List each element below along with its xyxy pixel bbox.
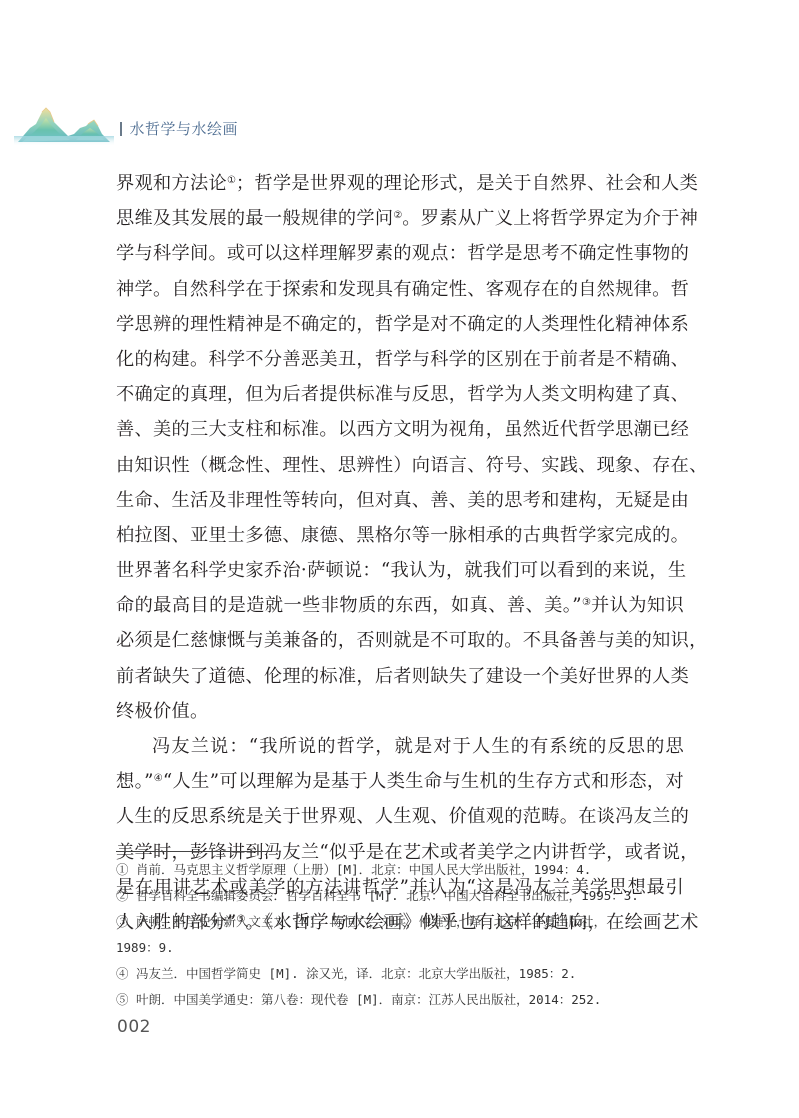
- footnote-ref[interactable]: ①: [227, 175, 236, 186]
- text-line: 命的最高目的是造就一些非物质的东西，如真、善、美。”③并认为知识: [116, 588, 684, 623]
- text-line: 学与科学间。或可以这样理解罗素的观点：哲学是思考不确定性事物的: [116, 236, 684, 271]
- footnote-item: ④ 冯友兰．中国哲学简史 [M]. 涂又光，译．北京：北京大学出版社，1985：…: [116, 961, 696, 987]
- text-line: 界观和方法论①；哲学是世界观的理论形式，是关于自然界、社会和人类: [116, 166, 684, 201]
- footnote-item: ③ 萨顿．科学史和新人文主义 [M]. 陈恒六，刘兵，仲维光，译．北京：华夏出版…: [116, 909, 696, 935]
- footnote-item-continuation: 1989：9.: [116, 935, 696, 961]
- text-line: 世界著名科学史家乔治·萨顿说：“我认为，就我们可以看到的来说，生: [116, 553, 684, 588]
- text-line: 神学。自然科学在于探索和发现具有确定性、客观存在的自然规律。哲: [116, 272, 684, 307]
- text-line: 柏拉图、亚里士多德、康德、黑格尔等一脉相承的古典哲学家完成的。: [116, 518, 684, 553]
- footnote-ref[interactable]: ③: [582, 597, 591, 608]
- text-line: 不确定的真理，但为后者提供标准与反思，哲学为人类文明构建了真、: [116, 377, 684, 412]
- text-line: 想。”④“人生”可以理解为是基于人类生命与生机的生存方式和形态，对: [116, 764, 684, 799]
- text-line: 前者缺失了道德、伦理的标准，后者则缺失了建设一个美好世界的人类: [116, 659, 684, 694]
- footnotes-section: ① 肖前．马克思主义哲学原理（上册）[M]．北京：中国人民大学出版社，1994：…: [116, 857, 696, 1013]
- text-line: 人生的反思系统是关于世界观、人生观、价值观的范畴。在谈冯友兰的: [116, 799, 684, 834]
- footnote-ref[interactable]: ④: [154, 773, 163, 784]
- header-divider: [120, 122, 122, 136]
- text-line: 化的构建。科学不分善恶美丑，哲学与科学的区别在于前者是不精确、: [116, 342, 684, 377]
- text-line: 必须是仁慈慷慨与美兼备的，否则就是不可取的。不具备善与美的知识，: [116, 623, 684, 658]
- text-line: 思维及其发展的最一般规律的学问②。罗素从广义上将哲学界定为介于神: [116, 201, 684, 236]
- text-line: 终极价值。: [116, 694, 684, 729]
- book-title: 水哲学与水绘画: [130, 118, 239, 139]
- text-line: 由知识性（概念性、理性、思辨性）向语言、符号、实践、现象、存在、: [116, 448, 684, 483]
- footnote-ref[interactable]: ②: [393, 210, 402, 221]
- text-line: 善、美的三大支柱和标准。以西方文明为视角，虽然近代哲学思潮已经: [116, 412, 684, 447]
- footnote-item: ② 哲学百科全书编辑委员会．哲学百科全书 [M]. 北京：中国大百科全书出版社，…: [116, 883, 696, 909]
- text-line: 生命、生活及非理性等转向，但对真、善、美的思考和建构，无疑是由: [116, 483, 684, 518]
- running-header: 水哲学与水绘画: [14, 102, 238, 146]
- mountain-landscape-icon: [14, 104, 114, 146]
- footnote-item: ① 肖前．马克思主义哲学原理（上册）[M]．北京：中国人民大学出版社，1994：…: [116, 857, 696, 883]
- main-body-text: 界观和方法论①；哲学是世界观的理论形式，是关于自然界、社会和人类 思维及其发展的…: [116, 166, 684, 940]
- footnote-divider: [116, 851, 271, 852]
- page-number: 002: [117, 1017, 151, 1037]
- text-line: 学思辨的理性精神是不确定的，哲学是对不确定的人类理性化精神体系: [116, 307, 684, 342]
- paragraph-start-line: 冯友兰说：“我所说的哲学，就是对于人生的有系统的反思的思: [116, 729, 684, 764]
- footnote-item: ⑤ 叶朗．中国美学通史：第八卷：现代卷 [M]．南京：江苏人民出版社，2014：…: [116, 987, 696, 1013]
